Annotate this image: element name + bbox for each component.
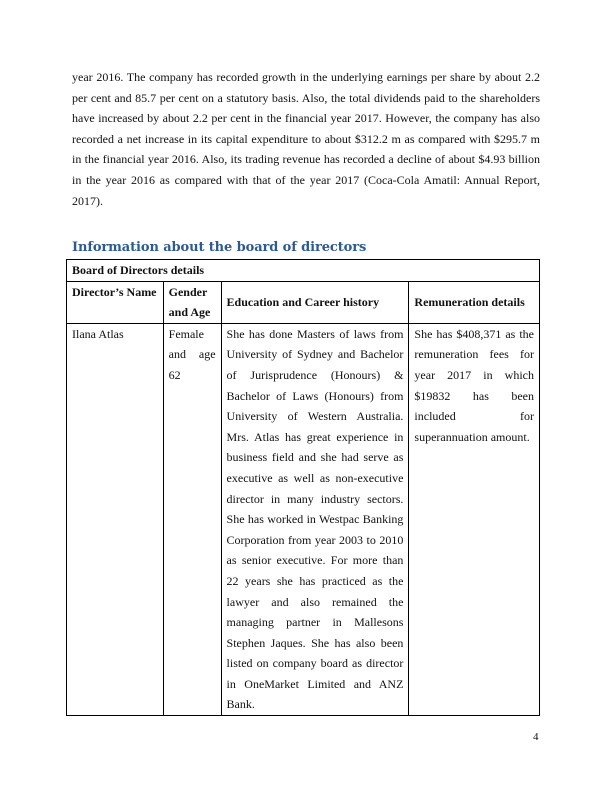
- page-number: 4: [533, 731, 539, 743]
- cell-education-career: She has done Masters of laws from Univer…: [221, 323, 409, 715]
- header-gender-age: Gender and Age: [163, 281, 221, 323]
- board-of-directors-table: Board of Directors details Director’s Na…: [66, 259, 540, 716]
- table-row: Ilana Atlas Female and age 62 She has do…: [67, 323, 540, 715]
- cell-remuneration: She has $408,371 as the remuneration fee…: [409, 323, 540, 715]
- table-title: Board of Directors details: [67, 260, 540, 282]
- header-directors-name: Director’s Name: [67, 281, 164, 323]
- document-page: year 2016. The company has recorded grow…: [0, 0, 612, 792]
- header-education-career: Education and Career history: [221, 281, 409, 323]
- cell-gender-age: Female and age 62: [163, 323, 221, 715]
- table-header-row: Director’s Name Gender and Age Education…: [67, 281, 540, 323]
- table-title-row: Board of Directors details: [67, 260, 540, 282]
- section-heading: Information about the board of directors: [72, 240, 366, 255]
- header-remuneration: Remuneration details: [409, 281, 540, 323]
- cell-director-name: Ilana Atlas: [67, 323, 164, 715]
- body-paragraph: year 2016. The company has recorded grow…: [72, 67, 540, 211]
